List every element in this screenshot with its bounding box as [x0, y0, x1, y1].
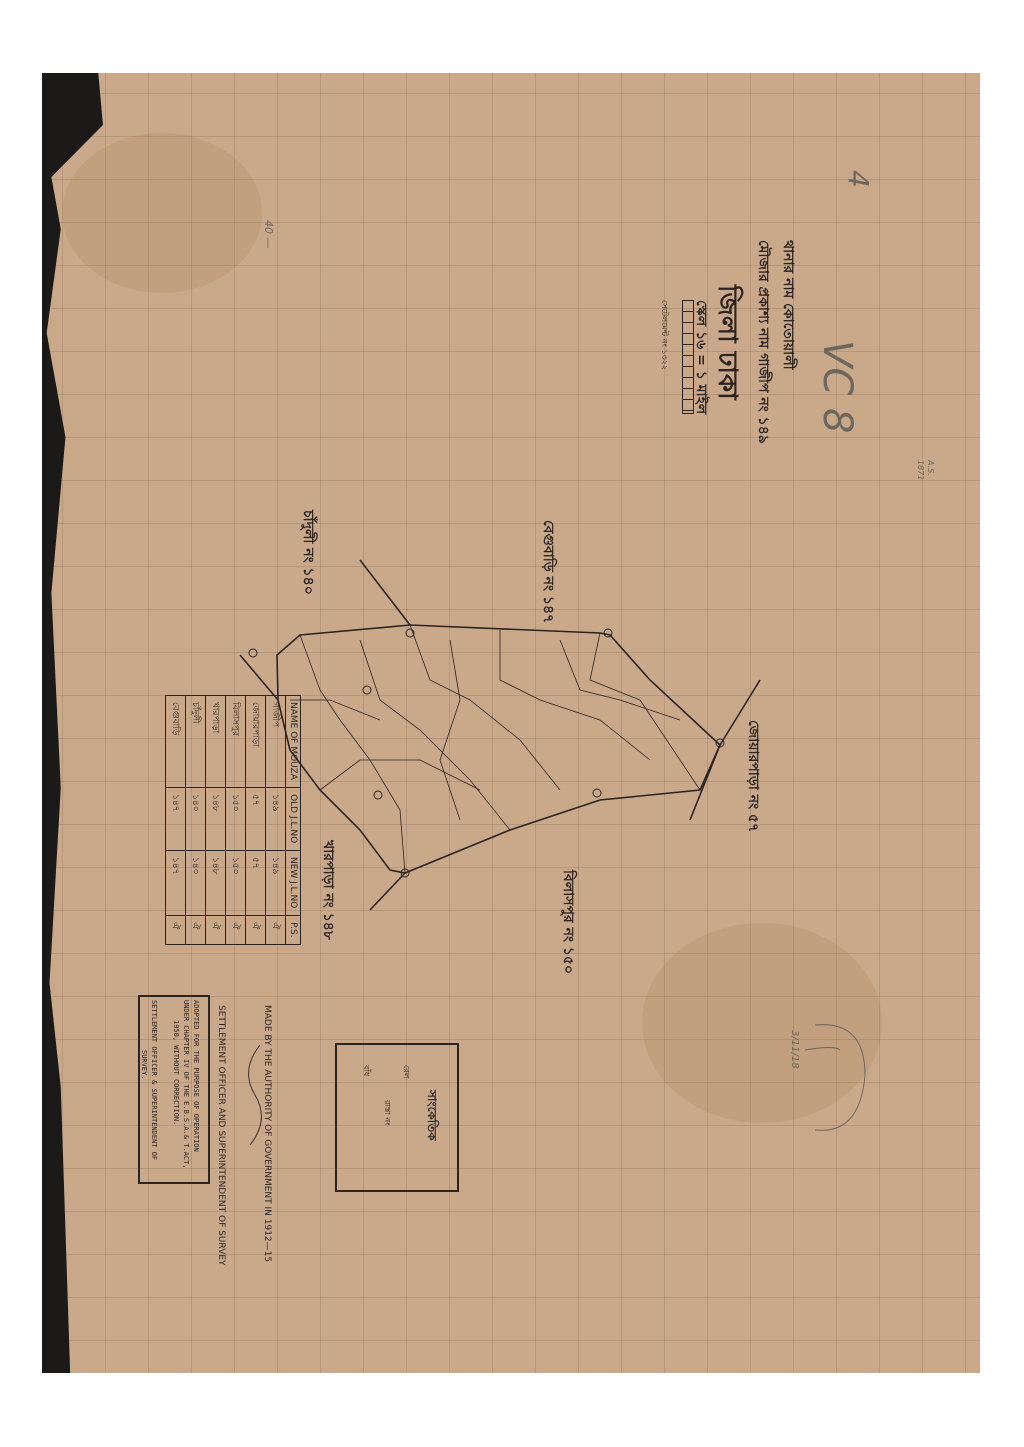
- legend-item: রাস্তা নং: [380, 1100, 393, 1126]
- settlement-officer: SETTLEMENT OFFICER AND SUPERINTENDENT OF…: [216, 1005, 226, 1266]
- legend-title: সাংকেতিক: [420, 1090, 440, 1141]
- table-row: খারপাড়া১৪৮১৪৮ঐ: [206, 696, 226, 945]
- legend-item: বাঁধ: [359, 1065, 372, 1076]
- header-ps: P.S.: [286, 916, 301, 945]
- margin-number: 4: [842, 170, 875, 188]
- table-header-row: NAME OF MOUZA OLD J.L.NO NEW J.L.NO P.S.: [286, 696, 301, 945]
- stamp-line: UNDER CHAPTER IV OF THE E.B.S.A.& T.ACT,: [182, 1000, 190, 1169]
- table-row: জোয়ারপাড়া৫৭৫৭ঐ: [246, 696, 266, 945]
- header-old-jl: OLD J.L.NO: [286, 788, 301, 851]
- stamp-line: ADOPTED FOR THE PURPOSE OF OPERATION: [192, 1000, 200, 1152]
- header-new-jl: NEW J.L.NO: [286, 850, 301, 915]
- mouza-boundary-map: [0, 0, 1024, 1447]
- legend-box: [335, 1043, 459, 1192]
- stamp-line: 1950, WITHOUT CORRECTION.: [172, 1020, 180, 1125]
- legend-item: রেল: [399, 1065, 412, 1079]
- pencil-note-left: 40 —: [262, 220, 275, 249]
- mouza-table: NAME OF MOUZA OLD J.L.NO NEW J.L.NO P.S.…: [165, 695, 301, 945]
- pencil-note-right: 1871: [916, 460, 925, 480]
- pencil-note-right: A.S.: [926, 460, 935, 476]
- signature: [230, 1040, 270, 1150]
- stamp-line: SETTLEMENT OFFICER & SUPERINTENDENT OF: [150, 1000, 158, 1160]
- table-row: চাঁদুলী১৪০১৪০ঐ: [186, 696, 206, 945]
- pencil-circle-mark: [785, 1010, 875, 1140]
- table-row: গাজীপ১৪৯১৪৯ঐ: [266, 696, 286, 945]
- header-name: NAME OF MOUZA: [286, 696, 301, 788]
- stamp-line: SURVEY.: [140, 1050, 148, 1080]
- table-row: বিলাসপুর১৫০১৫০ঐ: [226, 696, 246, 945]
- table-row: বেগুবাড়ি১৪৭১৪৭ঐ: [166, 696, 186, 945]
